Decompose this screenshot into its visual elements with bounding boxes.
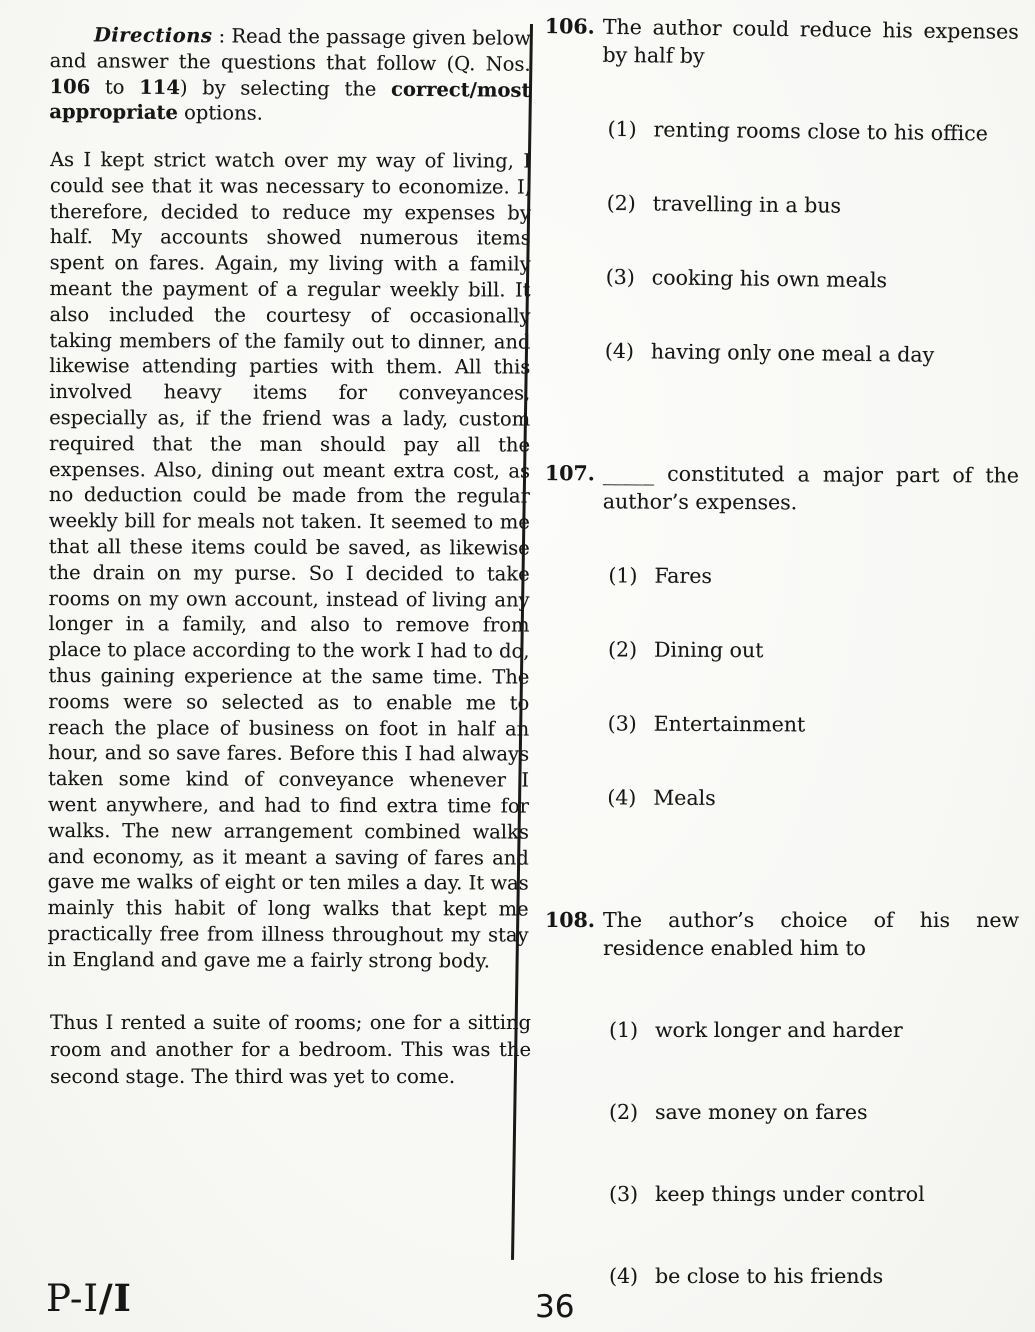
option-number: (2): [607, 189, 653, 218]
question-106-option-2: (2) travelling in a bus: [543, 188, 1017, 222]
option-label: Meals: [653, 784, 1017, 814]
passage-column: Directions : Read the passage given belo…: [50, 22, 531, 1090]
directions-text-3: ) by selecting the: [180, 76, 391, 101]
question-108-option-3: (3) keep things under control: [545, 1180, 1019, 1208]
option-label: Entertainment: [654, 710, 1018, 740]
option-label: having only one meal a day: [651, 337, 1015, 369]
question-number: 106.: [544, 12, 603, 69]
directions-paragraph: Directions : Read the passage given belo…: [49, 22, 531, 129]
option-label: keep things under control: [655, 1180, 1019, 1208]
option-label: cooking his own meals: [652, 263, 1016, 295]
question-range-end: 114: [139, 75, 180, 98]
option-label: Fares: [654, 562, 1018, 592]
question-number: 107.: [545, 459, 603, 515]
option-number: (4): [605, 337, 651, 366]
question-head: 106. The author could reduce his expense…: [544, 12, 1019, 74]
option-number: (1): [609, 1016, 655, 1044]
paper-code-prefix: P-I: [46, 1277, 99, 1320]
question-text: The author’s choice of his new residence…: [603, 906, 1019, 962]
question-108-option-4: (4) be close to his friends: [545, 1262, 1019, 1290]
option-number: (3): [609, 1180, 655, 1208]
option-label: renting rooms close to his office: [653, 115, 1017, 147]
option-number: (2): [608, 635, 654, 663]
passage-paragraph-2: Thus I rented a suite of rooms; one for …: [50, 1009, 531, 1090]
option-number: (4): [609, 1262, 655, 1290]
option-number: (3): [608, 709, 654, 737]
option-number: (1): [607, 115, 653, 144]
option-label: save money on fares: [655, 1098, 1019, 1126]
directions-label: Directions: [94, 23, 213, 47]
question-range-start: 106: [49, 75, 90, 98]
paper-code: P-I/I: [46, 1278, 132, 1319]
question-107-option-4: (4) Meals: [543, 783, 1017, 813]
question-108-option-2: (2) save money on fares: [545, 1098, 1019, 1126]
passage-paragraph-1: As I kept strict watch over my way of li…: [47, 147, 531, 974]
option-number: (4): [607, 783, 653, 811]
question-107-option-3: (3) Entertainment: [544, 709, 1018, 739]
question-head: 108. The author’s choice of his new resi…: [545, 906, 1019, 962]
question-108: 108. The author’s choice of his new resi…: [545, 906, 1019, 1290]
question-106-option-4: (4) having only one meal a day: [541, 336, 1015, 370]
option-label: be close to his friends: [655, 1262, 1019, 1290]
question-106-option-1: (1) renting rooms close to his office: [543, 114, 1017, 148]
directions-text-2: to: [90, 75, 139, 98]
question-107: 107. _____ constituted a major part of t…: [543, 459, 1019, 813]
directions-text-4: options.: [178, 101, 263, 125]
directions-separator: :: [212, 24, 231, 47]
option-number: (1): [608, 561, 654, 589]
question-number: 108.: [545, 906, 603, 962]
exam-paper-page: Directions : Read the passage given belo…: [0, 0, 1035, 1332]
question-106-option-3: (3) cooking his own meals: [542, 262, 1016, 296]
option-label: Dining out: [654, 636, 1018, 666]
question-107-option-2: (2) Dining out: [544, 635, 1018, 665]
question-107-option-1: (1) Fares: [544, 561, 1018, 591]
question-108-option-1: (1) work longer and harder: [545, 1016, 1019, 1044]
option-number: (2): [609, 1098, 655, 1126]
option-label: travelling in a bus: [652, 189, 1016, 221]
question-text: _____ constituted a major part of the au…: [603, 459, 1019, 517]
question-106: 106. The author could reduce his expense…: [541, 12, 1019, 370]
option-number: (3): [606, 263, 652, 292]
question-head: 107. _____ constituted a major part of t…: [545, 459, 1019, 517]
question-text: The author could reduce his expenses by …: [602, 13, 1019, 74]
questions-column: 106. The author could reduce his expense…: [545, 12, 1019, 1290]
option-label: work longer and harder: [655, 1016, 1019, 1044]
paper-code-suffix: /I: [99, 1276, 132, 1320]
page-number: 36: [535, 1290, 574, 1324]
